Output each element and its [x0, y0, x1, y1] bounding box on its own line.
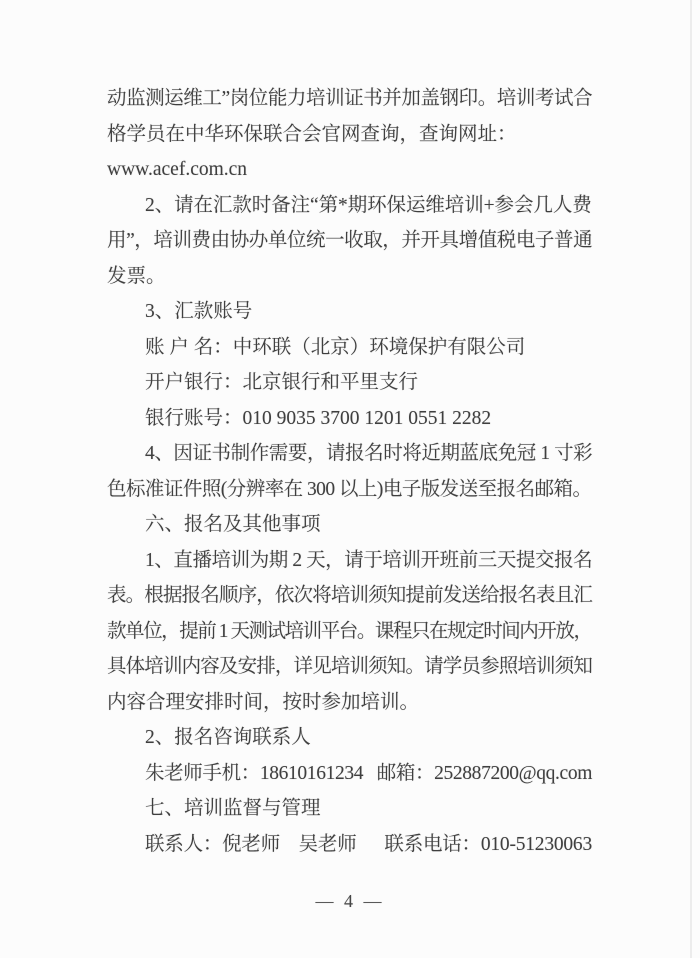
text-line: 款单位，提前 1 天测试培训平台。课程只在规定时间内开放，	[107, 614, 592, 650]
text-line: 色标准证件照(分辨率在 300 以上)电子版发送至报名邮箱。	[107, 472, 592, 508]
text-line: 具体培训内容及安排，详见培训须知。请学员参照培训须知	[107, 649, 592, 685]
page-number: — 4 —	[0, 884, 700, 920]
text-line: 银行账号：010 9035 3700 1201 0551 2282	[107, 401, 592, 437]
text-line: 4、因证书制作需要，请报名时将近期蓝底免冠 1 寸彩	[107, 436, 592, 472]
text-line: 2、请在汇款时备注“第*期环保运维培训+参会几人费	[107, 188, 592, 224]
text-line: 2、报名咨询联系人	[107, 720, 592, 756]
text-line: www.acef.com.cn	[107, 152, 592, 188]
document-body: 动监测运维工”岗位能力培训证书并加盖钢印。培训考试合格学员在中华环保联合会官网查…	[107, 81, 592, 862]
document-page: 动监测运维工”岗位能力培训证书并加盖钢印。培训考试合格学员在中华环保联合会官网查…	[0, 0, 700, 958]
text-line: 1、直播培训为期 2 天，请于培训开班前三天提交报名	[107, 543, 592, 579]
text-line: 用”，培训费由协办单位统一收取，并开具增值税电子普通	[107, 223, 592, 259]
text-line: 开户银行：北京银行和平里支行	[107, 365, 592, 401]
text-line: 格学员在中华环保联合会官网查询，查询网址：	[107, 117, 592, 153]
text-line: 发票。	[107, 259, 592, 295]
text-line: 3、汇款账号	[107, 294, 592, 330]
text-line: 动监测运维工”岗位能力培训证书并加盖钢印。培训考试合	[107, 81, 592, 117]
text-line: 联系人：倪老师 吴老师 联系电话：010-51230063	[107, 827, 592, 863]
text-line: 六、报名及其他事项	[107, 507, 592, 543]
text-line: 七、培训监督与管理	[107, 791, 592, 827]
text-line: 账 户 名：中环联（北京）环境保护有限公司	[107, 330, 592, 366]
text-line: 内容合理安排时间，按时参加培训。	[107, 685, 592, 721]
scan-edge-line	[690, 0, 692, 958]
text-line: 朱老师手机：18610161234 邮箱：252887200@qq.com	[107, 756, 592, 792]
text-line: 表。根据报名顺序，依次将培训须知提前发送给报名表且汇	[107, 578, 592, 614]
